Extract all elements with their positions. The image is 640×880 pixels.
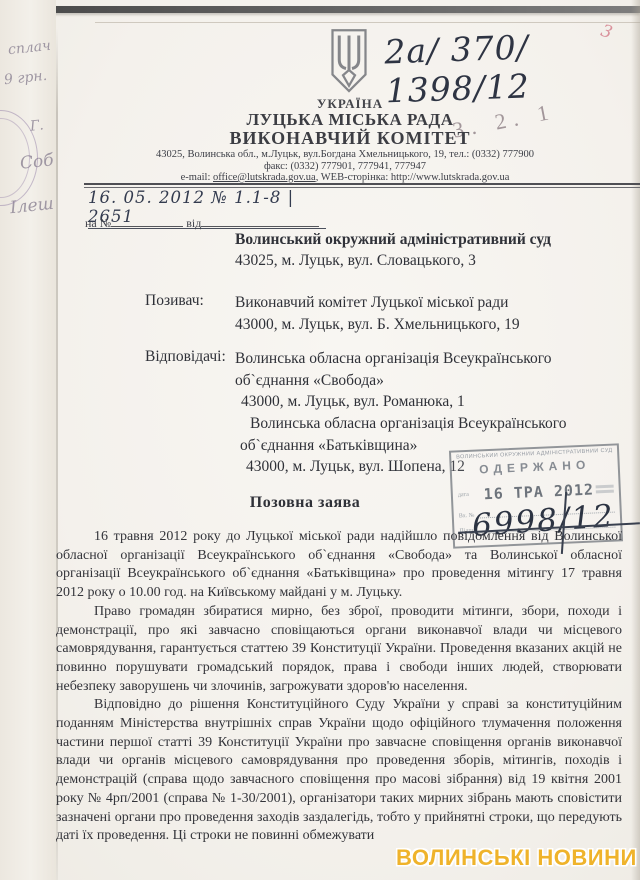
reply-to-label: на № [85, 216, 111, 230]
plaintiff-name: Виконавчий комітет Луцької міської ради [235, 292, 520, 314]
scanner-edge-band [0, 6, 640, 13]
addressee-court-block: Волинський окружний адміністративний суд… [235, 229, 551, 271]
reply-number-blank [111, 216, 183, 227]
ukraine-trident-emblem [318, 28, 380, 94]
body-paragraph: Право громадян збиратися мирно, без збро… [56, 603, 622, 697]
respondents-label: Відповідачі: [145, 348, 226, 366]
scanned-document-page: сплач 9 грн. Г. Соб Ілеш 2а/ 370/ 1398/1… [0, 0, 640, 880]
respondent2-name-line1: Волинська обласна організація Всеукраїнс… [240, 413, 567, 435]
respondent1-block: Волинська обласна організація Всеукраїнс… [235, 348, 552, 413]
respondent1-address: 43000, м. Луцьк, вул. Романюка, 1 [235, 391, 552, 413]
stamp-side-smudge [596, 483, 615, 496]
respondent1-name-line1: Волинська обласна організація Всеукраїнс… [235, 348, 552, 370]
court-address: 43025, м. Луцьк, вул. Словацького, 3 [235, 250, 551, 271]
letterhead-council: ЛУЦЬКА МІСЬКА РАДА [90, 110, 610, 130]
reply-from-label: від [186, 216, 201, 230]
court-name: Волинський окружний адміністративний суд [235, 229, 551, 250]
respondent1-name-line2: об`єднання «Свобода» [235, 370, 552, 392]
plaintiff-address: 43000, м. Луцьк, вул. Б. Хмельницького, … [235, 314, 520, 336]
plaintiff-label: Позивач: [145, 292, 204, 310]
letterhead-contacts: e-mail: office@lutskrada.gov.ua, WEB-сто… [75, 172, 615, 183]
body-paragraph: 16 травня 2012 року до Луцької міської р… [56, 528, 622, 603]
stamp-received-label: ОДЕРЖАНО [457, 457, 613, 478]
email-address: office@lutskrada.gov.ua [213, 172, 316, 183]
letterhead-committee: ВИКОНАВЧИЙ КОМІТЕТ [90, 128, 610, 149]
web-address: , WEB-сторінка: http://www.lutskrada.gov… [316, 172, 510, 183]
document-body: 16 травня 2012 року до Луцької міської р… [56, 528, 622, 846]
email-prefix: e-mail: [181, 172, 213, 183]
plaintiff-block: Виконавчий комітет Луцької міської ради … [235, 292, 520, 335]
scan-artifact-line [95, 22, 640, 23]
right-edge-shadow [631, 0, 640, 880]
body-paragraph: Відповідно до рішення Конституційного Су… [56, 696, 622, 846]
letterhead-address: 43025, Волинська обл., м.Луцьк, вул.Богд… [75, 149, 615, 160]
reply-date-blank [201, 216, 319, 227]
letterhead-fax: факс: (0332) 777901, 777941, 777947 [75, 161, 615, 172]
document-title: Позовна заява [60, 494, 550, 512]
news-site-watermark: ВОЛИНСЬКІ НОВИНИ [396, 845, 637, 871]
